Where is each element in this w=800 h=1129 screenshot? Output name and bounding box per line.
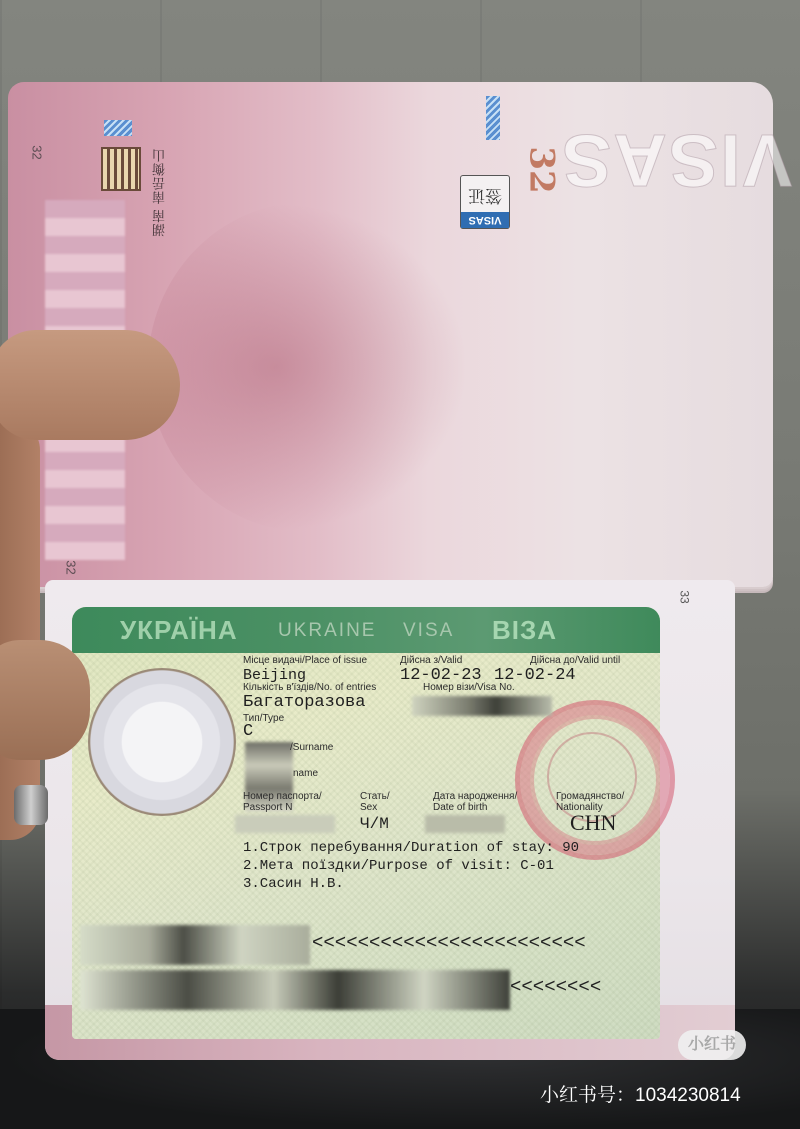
header-country-en: UKRAINE <box>278 620 376 642</box>
visa-no-label: Номер візи/Visa No. <box>423 682 515 693</box>
entries-label: Кількість в'їздів/No. of entries <box>243 682 376 693</box>
mrz-line1-tail: <<<<<<<<<<<<<<<<<<<<<<<< <box>312 932 586 954</box>
visas-badge-cn: 签证 <box>461 178 509 212</box>
dob-label-en: Date of birth <box>433 802 487 813</box>
valid-from-label: Дійсна з/Valid <box>400 655 462 666</box>
chip-icon <box>101 147 141 191</box>
mrz-line2-redacted <box>80 970 510 1010</box>
nationality-value: CHN <box>570 810 616 836</box>
page-number-right: 33 <box>678 590 692 603</box>
type-value: C <box>243 722 253 741</box>
visas-badge: VISAS 签证 <box>460 175 510 229</box>
hologram-strip <box>104 120 132 136</box>
hologram-strip-top <box>486 96 500 140</box>
name-label: name <box>293 768 318 779</box>
surname-label: /Surname <box>290 742 333 753</box>
page-background-art <box>148 202 468 532</box>
visas-badge-en: VISAS <box>461 212 509 228</box>
thumb-bottom <box>0 640 90 760</box>
passport-no-label-en: Passport N <box>243 802 292 813</box>
visas-watermark: VISAS <box>560 118 792 203</box>
page-number-left-bottom: 32 <box>64 560 79 574</box>
dob-redacted <box>425 815 505 833</box>
visa-header-band: УКРАЇНА UKRAINE VISA ВІЗА <box>72 607 660 653</box>
remark-signatory: 3.Сасин Н.В. <box>243 876 344 892</box>
nationality-label-ua: Громадянство/ <box>556 791 624 802</box>
page-number-left: 32 <box>30 145 45 159</box>
page-number-large: 32 <box>522 146 562 193</box>
ring <box>14 785 48 825</box>
remark-purpose: 2.Мета поїздки/Purpose of visit: C-01 <box>243 858 554 874</box>
entries-value: Багаторазова <box>243 693 365 712</box>
header-visa-ua: ВІЗА <box>492 615 557 646</box>
thumb-top <box>0 330 180 440</box>
region-text: 湖南 南岳衡山 <box>150 148 169 237</box>
place-of-issue-label: Місце видачі/Place of issue <box>243 655 367 666</box>
passport-no-redacted <box>235 815 335 833</box>
hand <box>0 420 40 840</box>
sex-label-ua: Стать/ <box>360 791 390 802</box>
visa-no-redacted <box>412 696 552 716</box>
mrz-line2-tail: <<<<<<<< <box>510 976 601 998</box>
dob-label-ua: Дата народження/ <box>433 791 517 802</box>
sex-label-en: Sex <box>360 802 377 813</box>
mrz-line1-redacted <box>80 925 310 965</box>
xiaohongshu-id: 小红书号：1034230814 <box>540 1080 741 1107</box>
remark-duration: 1.Строк перебування/Duration of stay: 90 <box>243 840 579 856</box>
holographic-seal <box>88 668 236 816</box>
valid-until-label: Дійсна до/Valid until <box>530 655 620 666</box>
passport-no-label-ua: Номер паспорта/ <box>243 791 322 802</box>
header-country-ua: УКРАЇНА <box>120 615 238 646</box>
xiaohongshu-logo-badge: 小红书 <box>678 1030 746 1060</box>
header-visa-en: VISA <box>403 620 454 642</box>
sex-value: Ч/М <box>360 815 389 833</box>
